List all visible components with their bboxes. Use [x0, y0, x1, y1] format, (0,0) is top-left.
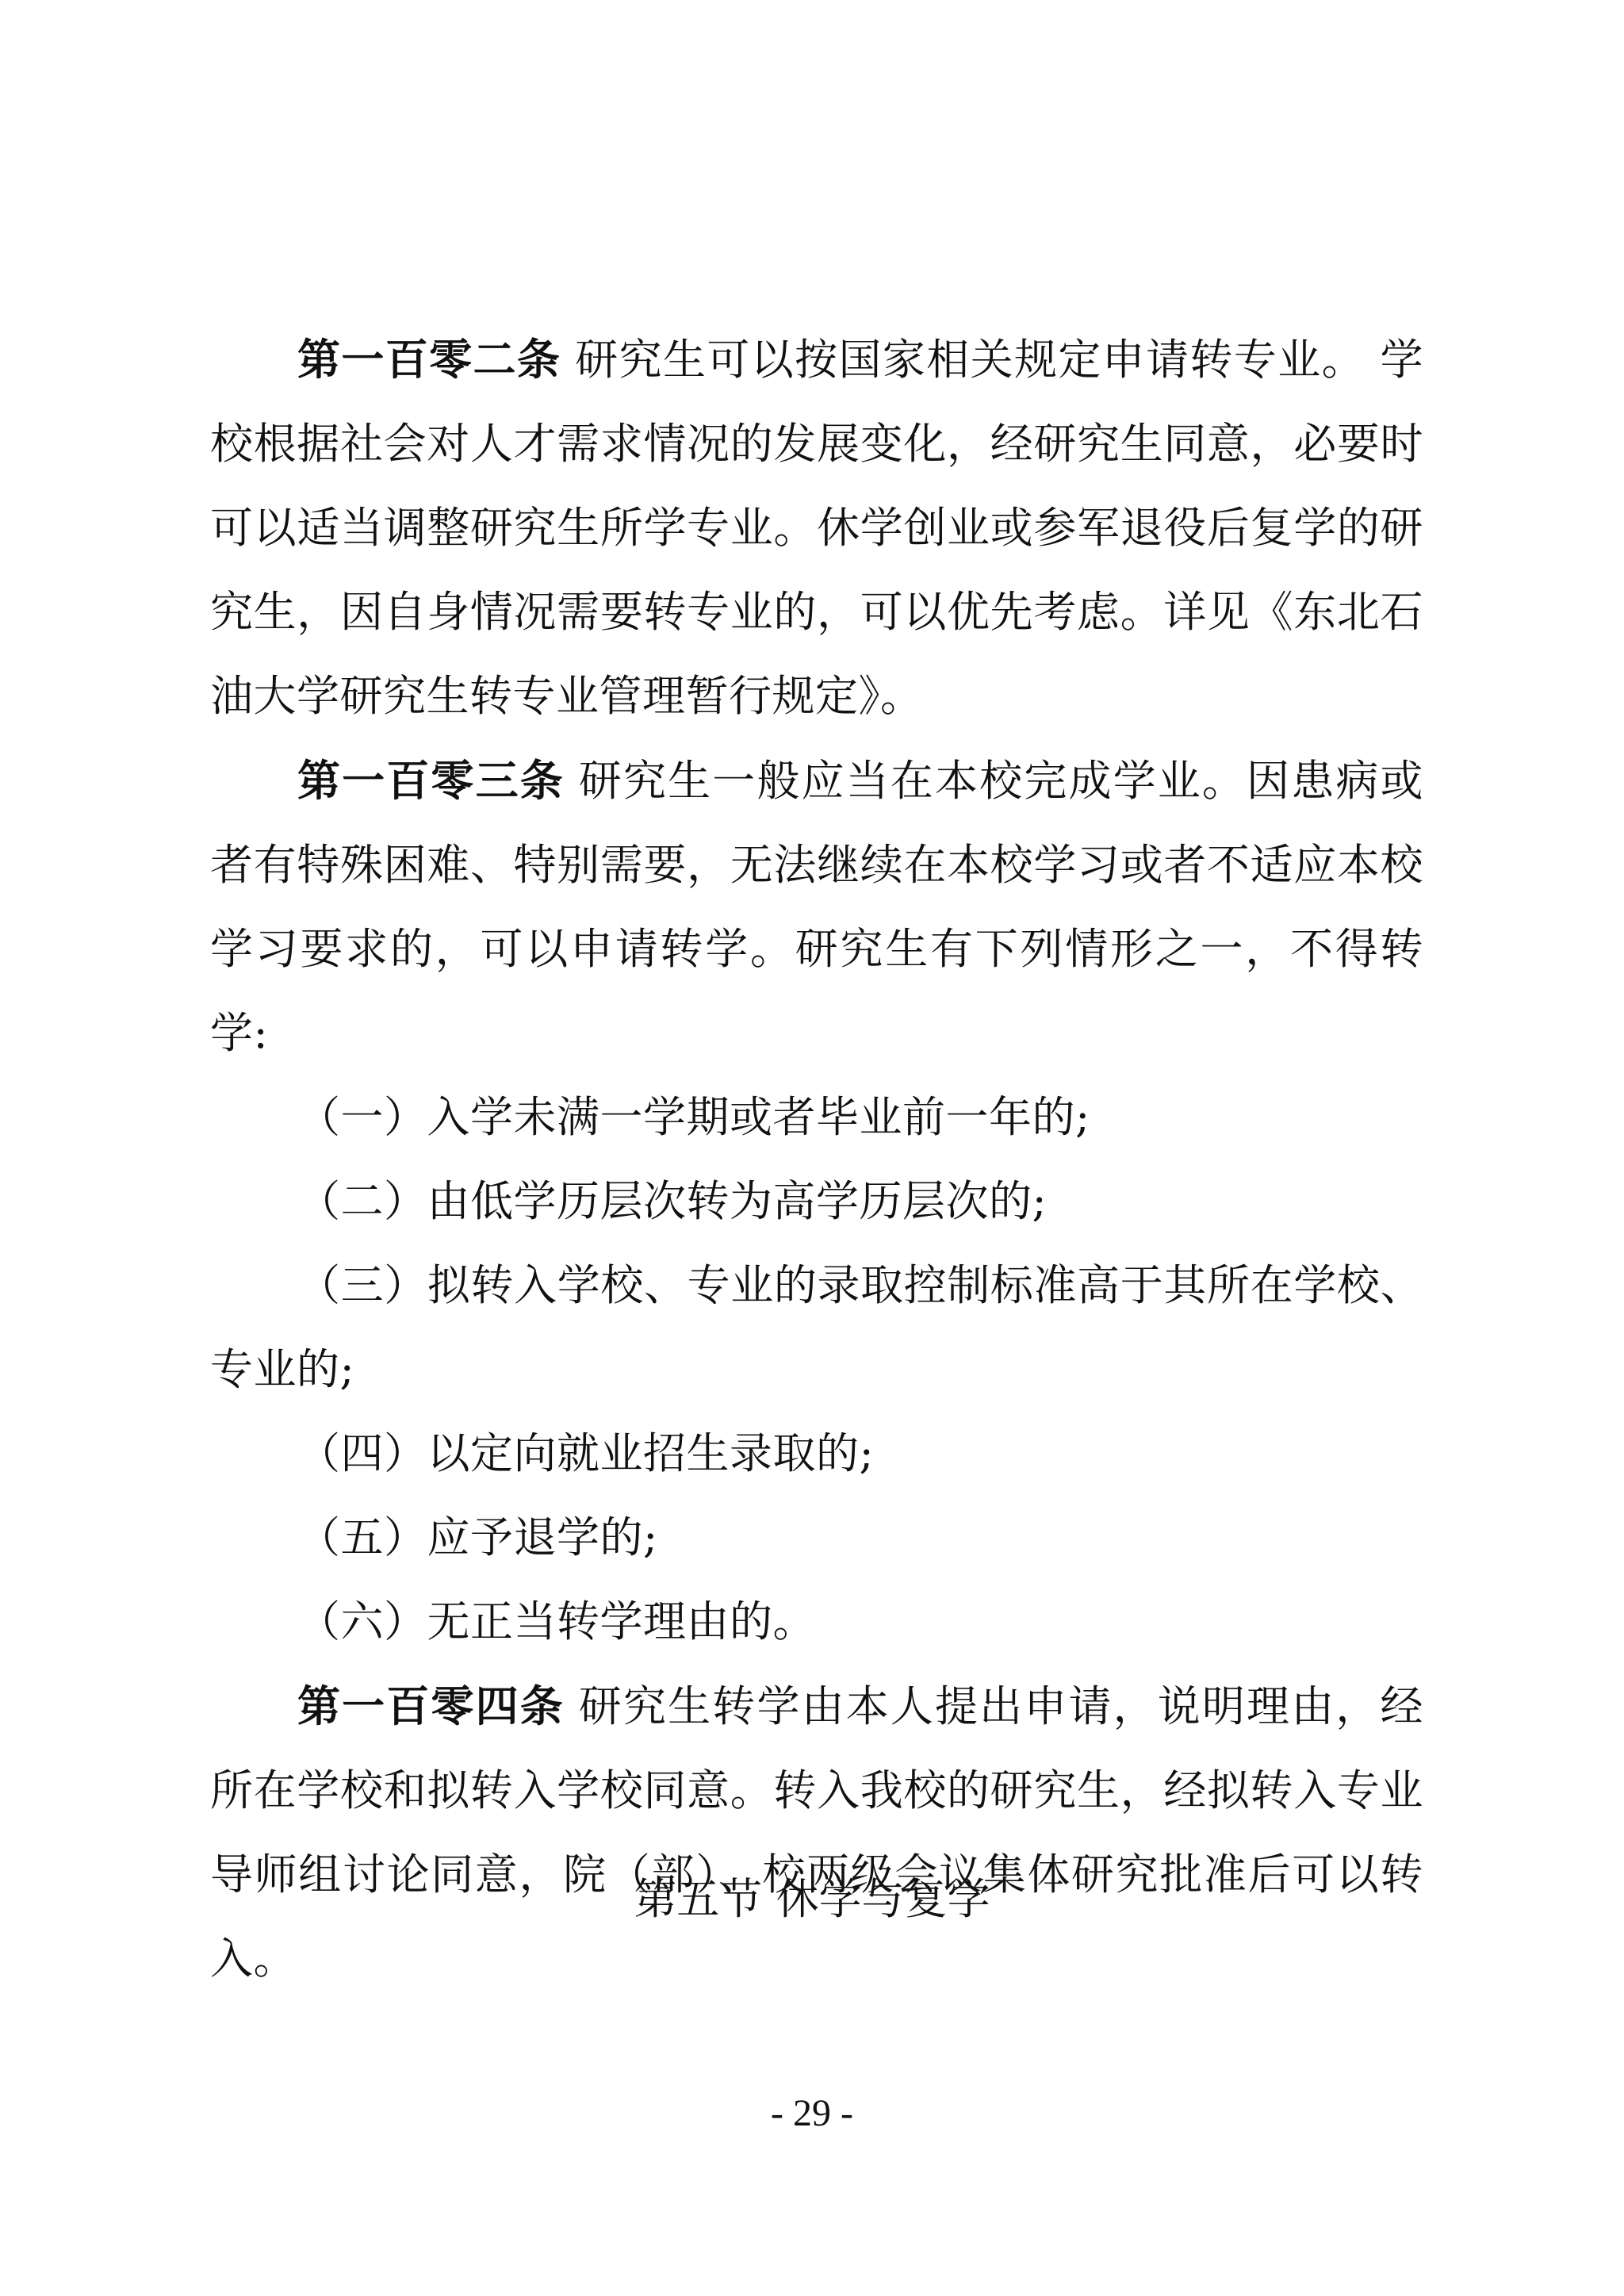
page-number: - 29 -: [0, 2090, 1624, 2137]
article-103: 第一百零三条研究生一般应当在本校完成学业。因患病或者有特殊困难、特别需要，无法继…: [210, 738, 1423, 1075]
section-title: 第五节 休学与复学: [0, 1860, 1624, 1939]
list-item: （四）以定向就业招生录取的;: [210, 1412, 1423, 1496]
article-text: 研究生可以按国家相关规定申请转专业。 学校根据社会对人才需求情况的发展变化，经研…: [210, 335, 1423, 721]
article-102: 第一百零二条研究生可以按国家相关规定申请转专业。 学校根据社会对人才需求情况的发…: [210, 317, 1423, 738]
list-item: （六）无正当转学理由的。: [210, 1580, 1423, 1664]
list-item: （三）拟转入学校、专业的录取控制标准高于其所在学校、专业的;: [210, 1244, 1423, 1412]
article-104: 第一百零四条研究生转学由本人提出申请，说明理由，经所在学校和拟转入学校同意。转入…: [210, 1664, 1423, 2001]
article-label: 第一百零四条: [297, 1681, 565, 1731]
list-item: （一）入学未满一学期或者毕业前一年的;: [210, 1075, 1423, 1159]
article-label: 第一百零二条: [297, 334, 561, 385]
list-item: （二）由低学历层次转为高学历层次的;: [210, 1159, 1423, 1244]
article-label: 第一百零三条: [297, 755, 565, 806]
document-body: 第一百零二条研究生可以按国家相关规定申请转专业。 学校根据社会对人才需求情况的发…: [210, 317, 1423, 2001]
list-item: （五）应予退学的;: [210, 1496, 1423, 1580]
